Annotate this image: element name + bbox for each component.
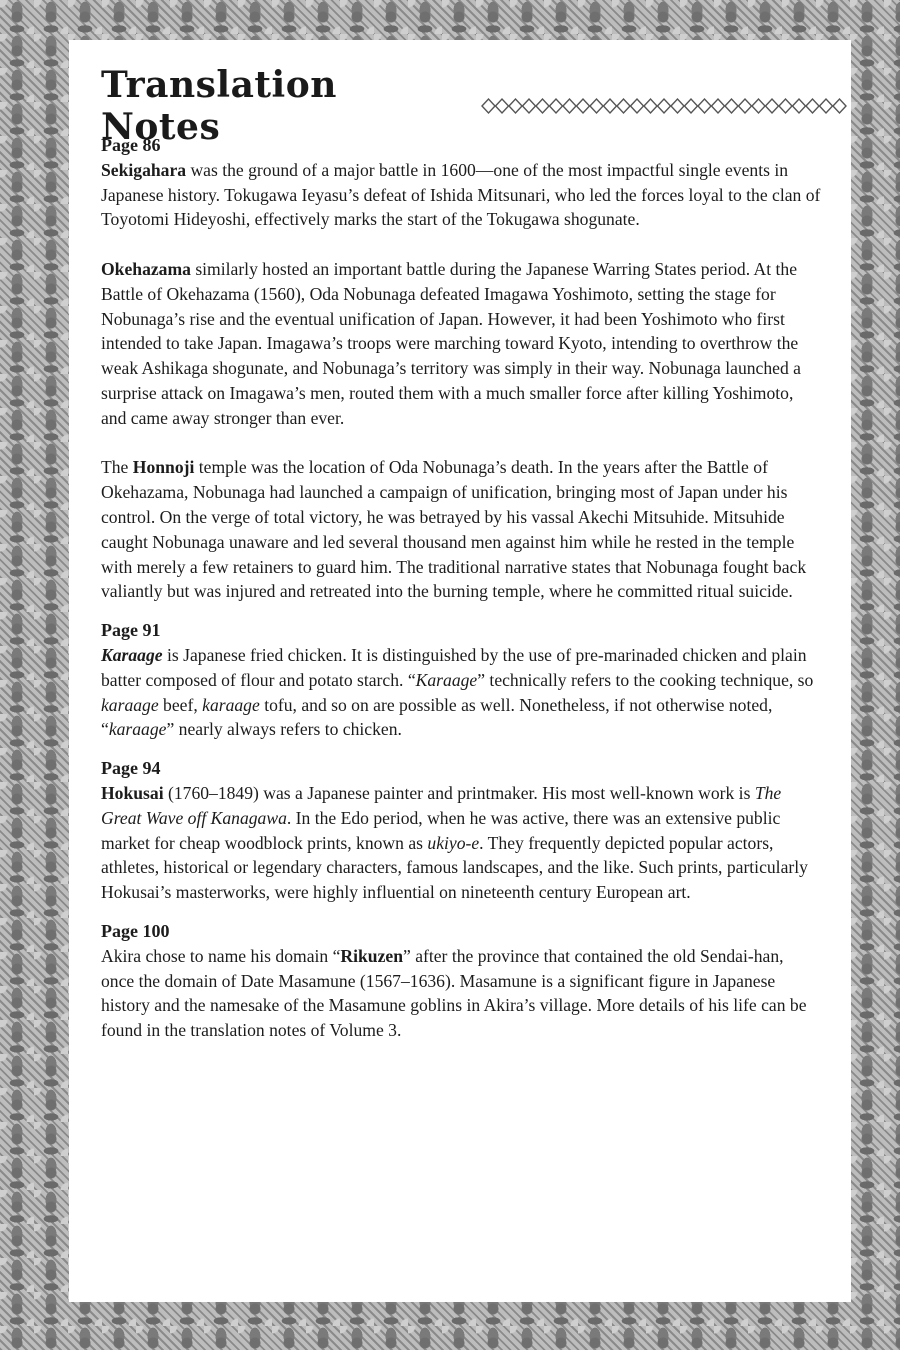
note-term: Sekigahara — [101, 160, 186, 180]
note-italic: ukiyo-e — [427, 833, 479, 853]
section-page-91: Page 91 Karaage is Japanese fried chicke… — [101, 618, 821, 742]
note-text: ” technically refers to the cooking tech… — [477, 670, 813, 690]
section-page-94: Page 94 Hokusai (1760–1849) was a Japane… — [101, 756, 821, 905]
note-text: Akira chose to name his domain “ — [101, 946, 340, 966]
section-page-100: Page 100 Akira chose to name his domain … — [101, 919, 821, 1043]
note-term: Hokusai — [101, 783, 164, 803]
note-term: Okehazama — [101, 259, 191, 279]
note-rikuzen: Akira chose to name his domain “Rikuzen”… — [101, 944, 821, 1043]
section-page-86: Page 86 Sekigahara was the ground of a m… — [101, 133, 821, 604]
diamond-chain-icon — [481, 96, 851, 116]
note-term: Karaage — [101, 645, 163, 665]
note-italic: karaage — [202, 695, 260, 715]
note-term: Rikuzen — [340, 946, 403, 966]
note-karaage: Karaage is Japanese fried chicken. It is… — [101, 643, 821, 742]
page-heading: Page 100 — [101, 919, 821, 944]
page-heading: Page 94 — [101, 756, 821, 781]
page-heading: Page 91 — [101, 618, 821, 643]
note-italic: karaage — [101, 695, 159, 715]
note-text: (1760–1849) was a Japanese painter and p… — [164, 783, 755, 803]
note-text: temple was the location of Oda Nobunaga’… — [101, 457, 806, 601]
note-okehazama: Okehazama similarly hosted an important … — [101, 257, 821, 431]
note-italic: karaage — [109, 719, 167, 739]
note-honnoji: The Honnoji temple was the location of O… — [101, 455, 821, 604]
note-text: was the ground of a major battle in 1600… — [101, 160, 820, 230]
note-sekigahara: Sekigahara was the ground of a major bat… — [101, 158, 821, 232]
note-italic: Karaage — [416, 670, 478, 690]
note-text: similarly hosted an important battle dur… — [101, 259, 801, 428]
note-text: ” nearly always refers to chicken. — [166, 719, 401, 739]
note-text: The — [101, 457, 133, 477]
page-heading: Page 86 — [101, 133, 821, 158]
note-term: Honnoji — [133, 457, 195, 477]
note-hokusai: Hokusai (1760–1849) was a Japanese paint… — [101, 781, 821, 905]
notes-content: Page 86 Sekigahara was the ground of a m… — [101, 133, 821, 1057]
notes-panel: Translation Notes — [69, 40, 851, 1302]
note-text: beef, — [159, 695, 202, 715]
